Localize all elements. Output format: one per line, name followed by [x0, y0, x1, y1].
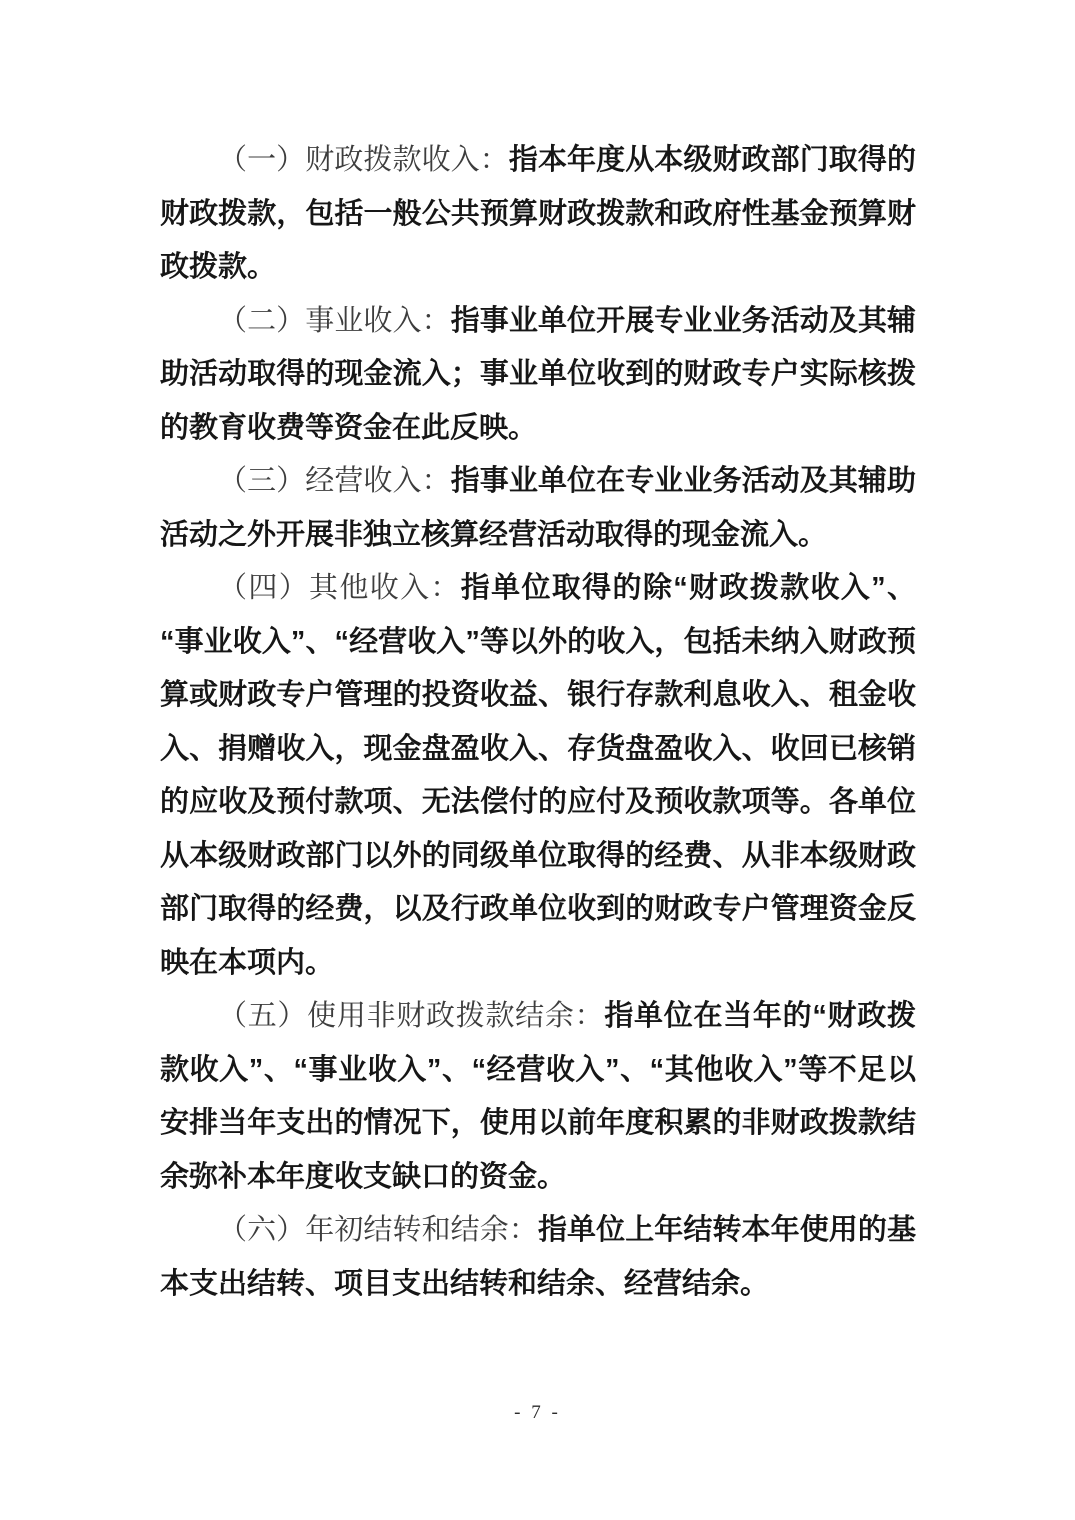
paragraph-lead: （三）经营收入： — [218, 465, 451, 497]
paragraph-business-income: （三）经营收入：指事业单位在专业业务活动及其辅助活动之外开展非独立核算经营活动取… — [160, 455, 916, 562]
document-body: （一）财政拨款收入：指本年度从本级财政部门取得的财政拨款，包括一般公共预算财政拨… — [160, 134, 916, 1311]
document-page: （一）财政拨款收入：指本年度从本级财政部门取得的财政拨款，包括一般公共预算财政拨… — [0, 0, 1075, 1520]
paragraph-lead: （一）财政拨款收入： — [218, 144, 509, 176]
paragraph-non-fiscal-surplus-usage: （五）使用非财政拨款结余：指单位在当年的“财政拨款收入”、“事业收入”、“经营收… — [160, 990, 916, 1204]
page-footer: - 7 - — [0, 1402, 1075, 1424]
paragraph-lead: （六）年初结转和结余： — [218, 1214, 538, 1246]
paragraph-other-income: （四）其他收入：指单位取得的除“财政拨款收入”、“事业收入”、“经营收入”等以外… — [160, 562, 916, 990]
paragraph-carryover-and-surplus: （六）年初结转和结余：指单位上年结转本年使用的基本支出结转、项目支出结转和结余、… — [160, 1204, 916, 1311]
paragraph-fiscal-appropriation-income: （一）财政拨款收入：指本年度从本级财政部门取得的财政拨款，包括一般公共预算财政拨… — [160, 134, 916, 295]
paragraph-body: 指单位取得的除“财政拨款收入”、“事业收入”、“经营收入”等以外的收入，包括未纳… — [160, 572, 916, 979]
paragraph-lead: （四）其他收入： — [218, 572, 461, 604]
paragraph-lead: （五）使用非财政拨款结余： — [218, 1000, 604, 1032]
paragraph-operational-income: （二）事业收入：指事业单位开展专业业务活动及其辅助活动取得的现金流入；事业单位收… — [160, 295, 916, 456]
page-number: - 7 - — [514, 1402, 561, 1423]
paragraph-lead: （二）事业收入： — [218, 305, 451, 337]
